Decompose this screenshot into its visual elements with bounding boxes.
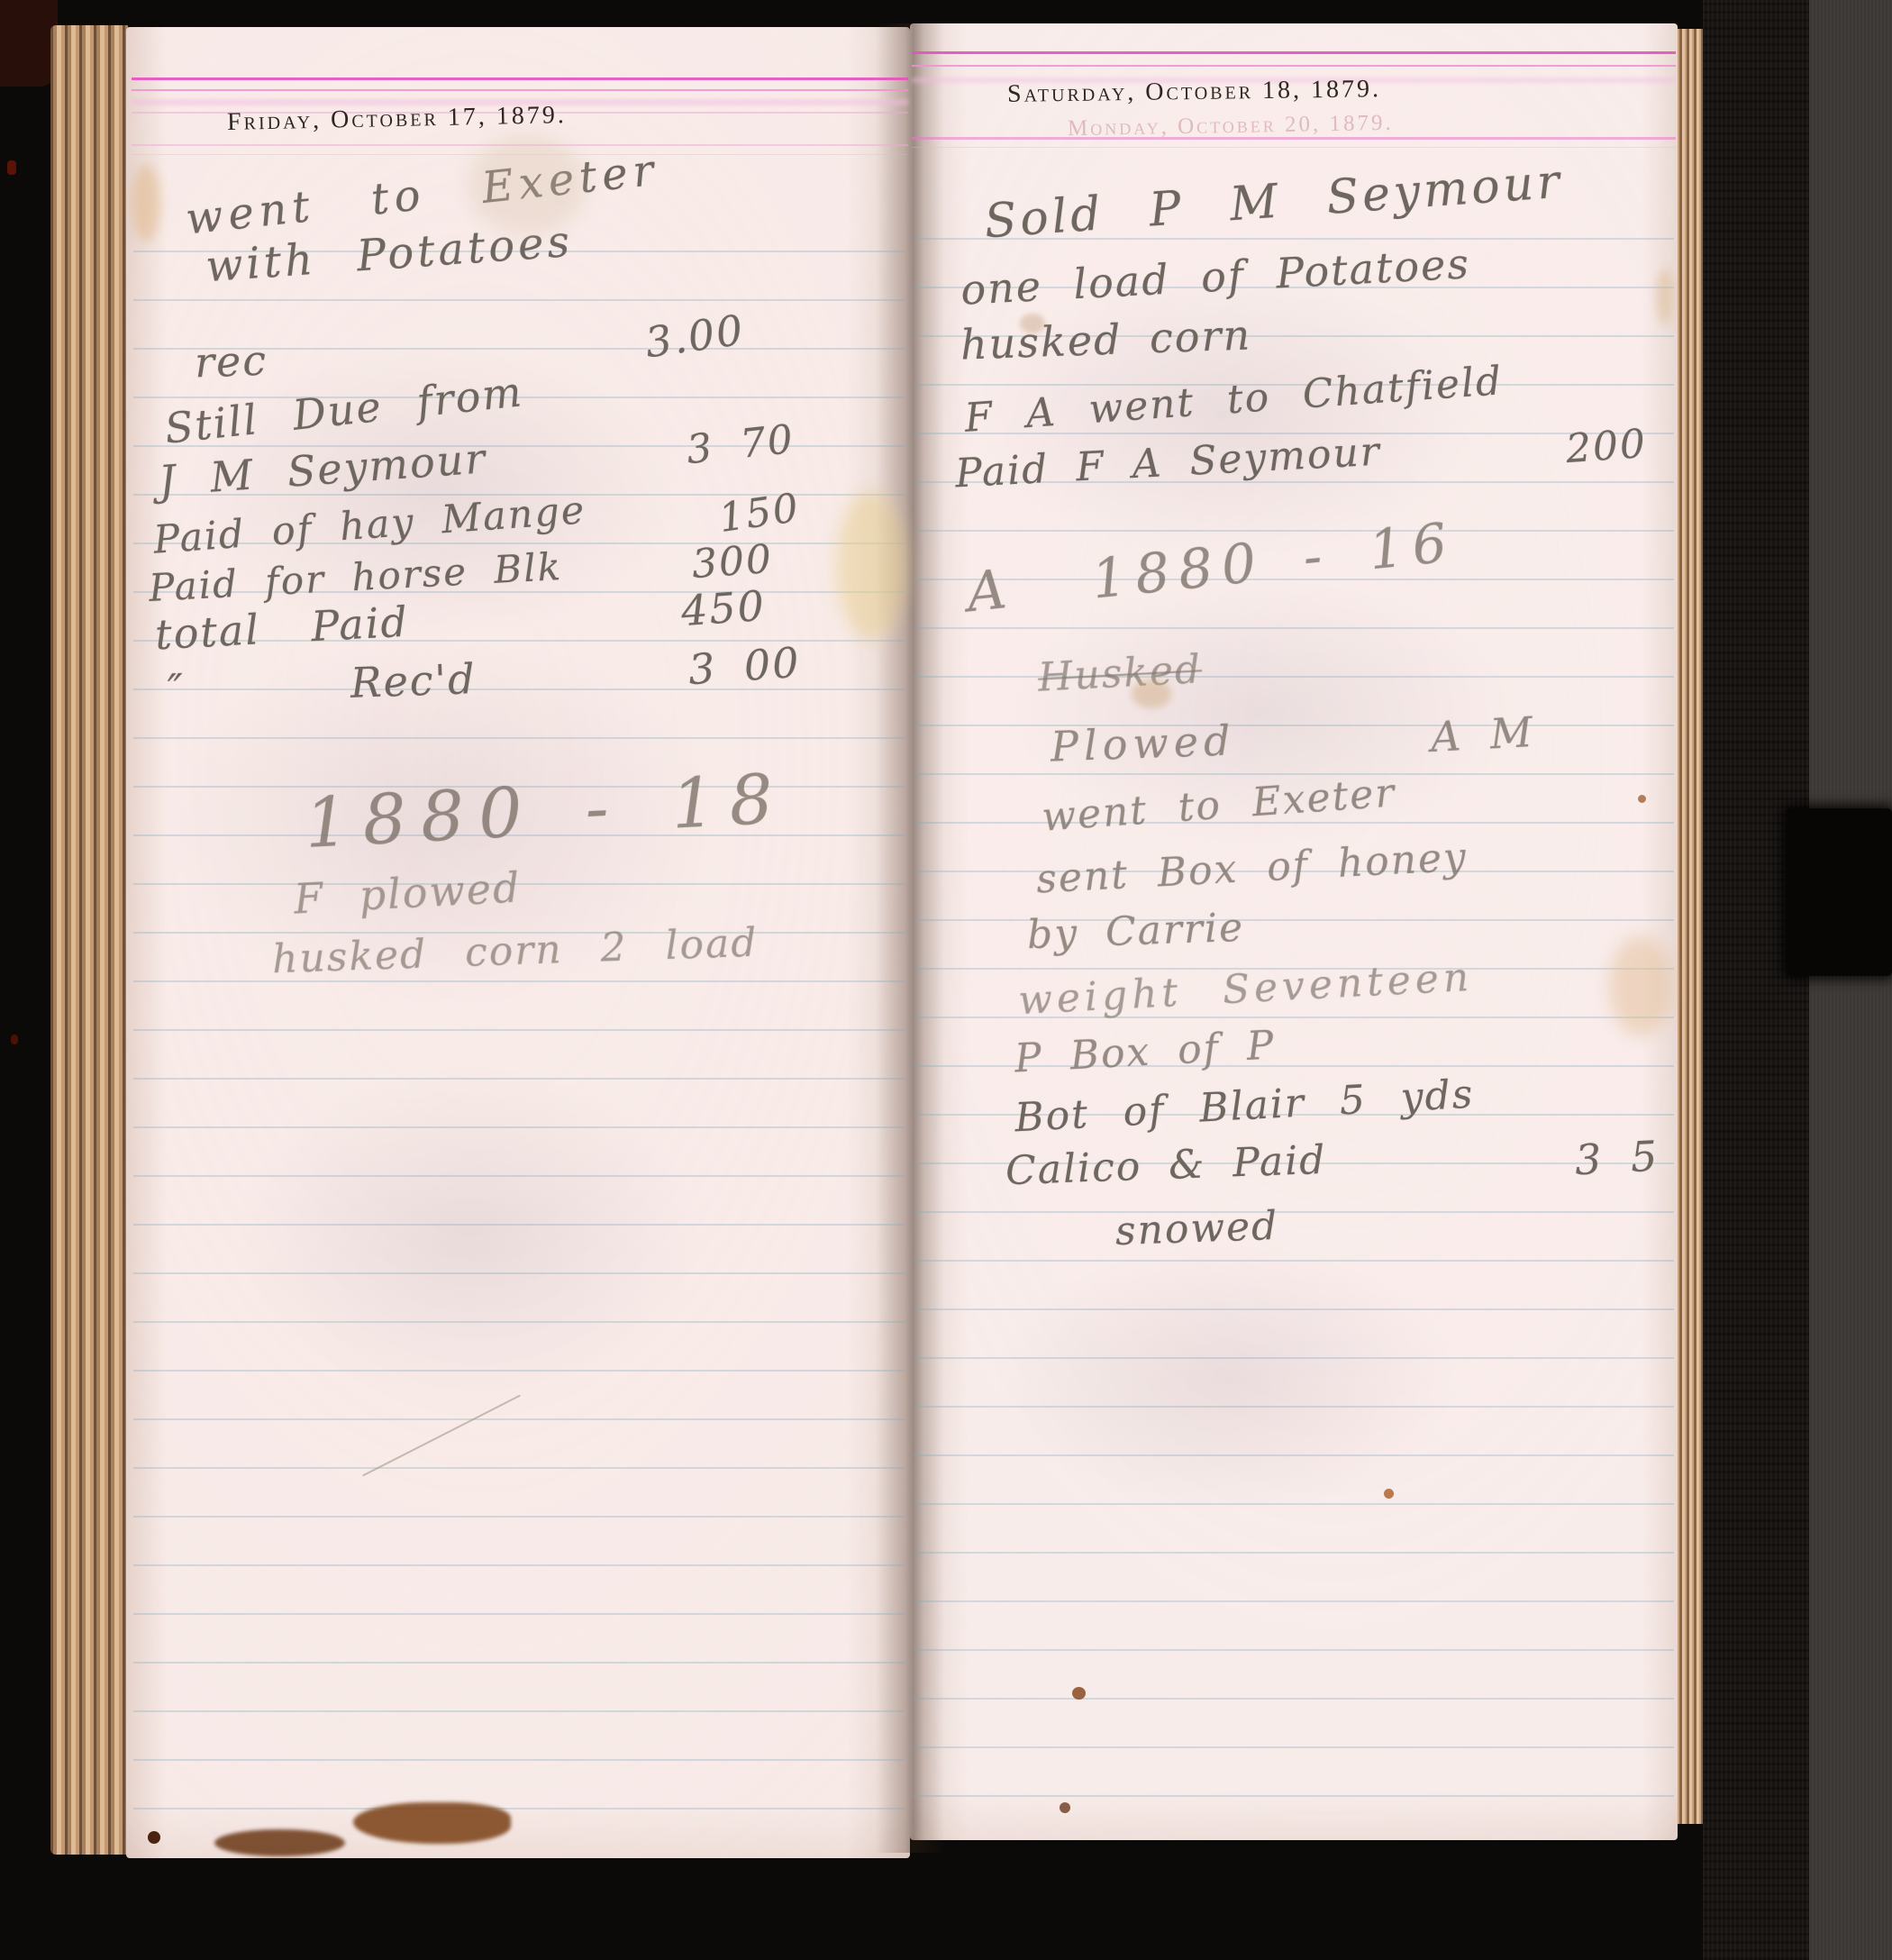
diary-entry-amount: A M (1430, 711, 1535, 758)
pink-rule (912, 65, 1676, 67)
diary-entry-amount: 3 00 (687, 642, 802, 691)
diary-entry-line: Husked (1037, 650, 1203, 697)
diary-entry-line: F plowed (293, 866, 522, 919)
diary-entry-amount: 300 (691, 540, 775, 585)
cover-corner-blotch (0, 0, 58, 87)
diary-entry-line: by Carrie (1026, 908, 1244, 955)
diary-entry-amount: 3 5 (1574, 1135, 1660, 1181)
diary-entry-amount: 3 70 (685, 420, 796, 470)
diary-entry-line: ″ Rec'd (167, 658, 477, 710)
diary-entry-amount: 450 (680, 585, 768, 632)
pink-rule (132, 144, 908, 146)
right-page-date-header: Saturday, October 18, 1879. (1007, 75, 1381, 109)
diary-entry-amount: 150 (716, 488, 802, 539)
red-speck (11, 1035, 18, 1044)
diary-entry-line: Calico & Paid (1005, 1141, 1327, 1191)
diary-entry-line: rec (194, 340, 268, 384)
diary-entry-line: total Paid (154, 601, 410, 656)
diary-entry-amount: 200 (1565, 424, 1649, 469)
right-page-edge-stack (1678, 29, 1703, 1824)
pink-rule (132, 154, 908, 155)
red-speck (7, 160, 16, 175)
pink-rule (912, 51, 1676, 54)
diary-scan: Friday, October 17, 1879. Saturday, Octo… (0, 0, 1892, 1960)
pink-rule (132, 89, 908, 91)
book-cover-cloth (1703, 0, 1809, 1960)
diary-entry-amount: 3.00 (642, 309, 747, 364)
cover-strap-tab (1786, 808, 1892, 976)
pink-rule (132, 77, 908, 80)
diary-entry-line: Plowed (1050, 719, 1236, 767)
left-page-edge-stack (50, 25, 128, 1855)
pink-rule (912, 147, 1676, 148)
diary-entry-line: husked corn (960, 314, 1252, 365)
scanner-background (1806, 0, 1892, 1960)
diary-entry-line: snowed (1114, 1207, 1279, 1252)
